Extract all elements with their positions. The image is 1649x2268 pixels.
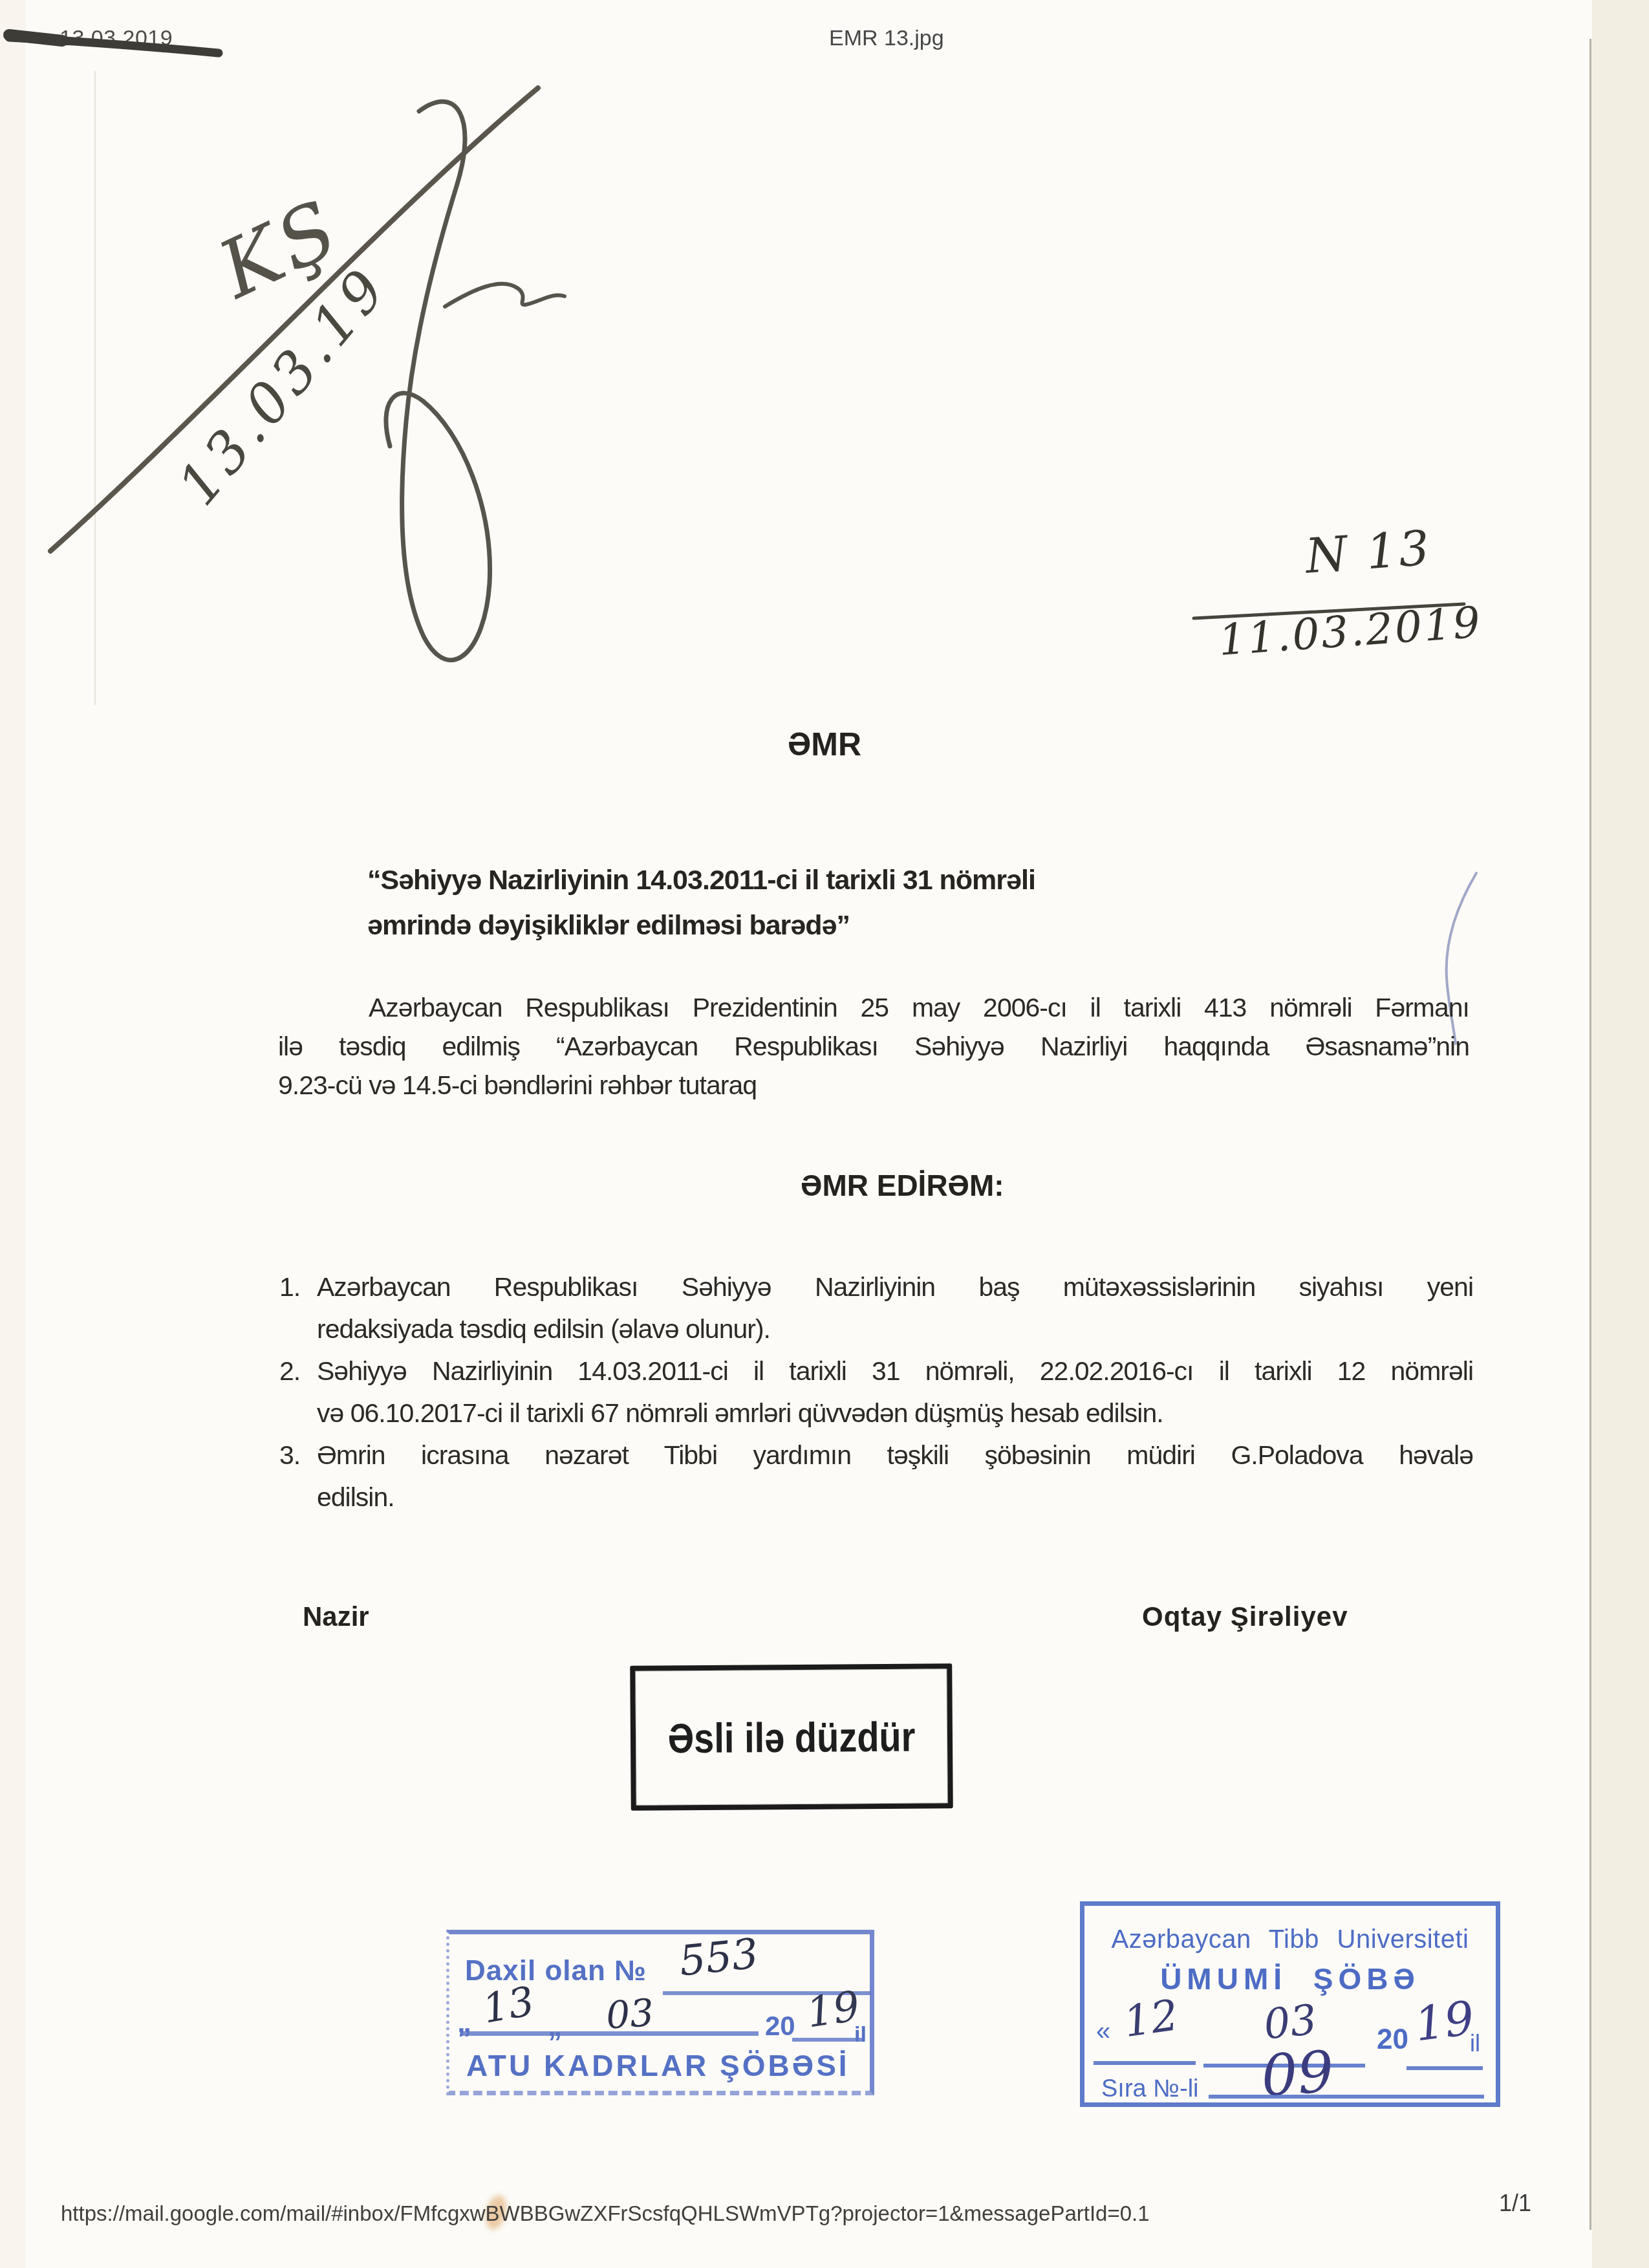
print-page-indicator: 1/1 bbox=[1499, 2190, 1531, 2217]
umumi-underline-day bbox=[1094, 2061, 1196, 2065]
signer-title: Nazir bbox=[303, 1601, 369, 1632]
kadrlar-year-prefix: 20 bbox=[765, 2011, 795, 2042]
order-title: ƏMR bbox=[744, 726, 905, 763]
item-3-line-1: Əmrin icrasına nəzarət Tibbi yardımın tə… bbox=[317, 1434, 1473, 1476]
item-2-line-1: Səhiyyə Nazirliyinin 14.03.2011-ci il ta… bbox=[317, 1350, 1473, 1392]
certify-stamp: Əsli ilə düzdür bbox=[630, 1663, 953, 1810]
signature-stroke-tail bbox=[445, 284, 565, 307]
order-item-1: 1. Azərbaycan Respublikası Səhiyyə Nazir… bbox=[279, 1266, 1473, 1350]
umumi-org: Azərbaycan Tibb Universiteti bbox=[1084, 1925, 1496, 1954]
signature-stroke-main bbox=[386, 102, 490, 660]
kadrlar-received-label: Daxil olan № bbox=[465, 1955, 647, 1987]
umumi-underline-serial bbox=[1209, 2095, 1484, 2099]
item-3-line-2: edilsin. bbox=[317, 1476, 1473, 1518]
item-1-number: 1. bbox=[279, 1266, 317, 1308]
scan-left-crease bbox=[94, 71, 96, 705]
kadrlar-underline-year bbox=[792, 2038, 863, 2042]
signer-name: Oqtay Şirəliyev bbox=[1142, 1601, 1348, 1632]
umumi-year-prefix: 20 bbox=[1377, 2024, 1408, 2056]
print-footer-url: https://mail.google.com/mail/#inbox/FMfc… bbox=[61, 2201, 1150, 2226]
umumi-year-handwritten: 19 bbox=[1412, 1991, 1477, 2052]
umumi-quote: « bbox=[1096, 2017, 1110, 2046]
umumi-underline-year bbox=[1406, 2066, 1483, 2070]
attachment-filename: EMR 13.jpg bbox=[829, 26, 944, 51]
item-1-line-2: redaksiyada təsdiq edilsin (əlavə olunur… bbox=[317, 1308, 1473, 1350]
umumi-serial-number: 09 bbox=[1259, 2038, 1336, 2110]
item-3-text: Əmrin icrasına nəzarət Tibbi yardımın tə… bbox=[317, 1434, 1473, 1518]
item-2-number: 2. bbox=[279, 1350, 317, 1392]
certify-stamp-text: Əsli ilə düzdür bbox=[667, 1712, 915, 1762]
scan-edge-strip bbox=[1592, 0, 1649, 2268]
item-3-number: 3. bbox=[279, 1434, 317, 1476]
kadrlar-year-suffix: il bbox=[854, 2022, 867, 2047]
scan-left-strip bbox=[0, 0, 26, 2268]
preamble-line-2: ilə təsdiq edilmiş “Azərbaycan Respublik… bbox=[278, 1027, 1469, 1066]
order-item-3: 3. Əmrin icrasına nəzarət Tibbi yardımın… bbox=[279, 1434, 1473, 1518]
kadrlar-underline-date bbox=[460, 2031, 759, 2036]
kadrlar-received-number: 553 bbox=[677, 1930, 760, 1985]
order-item-2: 2. Səhiyyə Nazirliyinin 14.03.2011-ci il… bbox=[279, 1350, 1473, 1434]
order-items: 1. Azərbaycan Respublikası Səhiyyə Nazir… bbox=[279, 1266, 1473, 1518]
order-subject: “Səhiyyə Nazirliyinin 14.03.2011-ci il t… bbox=[367, 858, 1273, 948]
umumi-dept: ÜMUMİ ŞÖBƏ bbox=[1084, 1961, 1496, 1996]
print-corner-date: 13.03.2019 bbox=[59, 26, 173, 51]
preamble-line-1: Azərbaycan Respublikası Prezidentinin 25… bbox=[278, 988, 1469, 1027]
diagonal-pen-line bbox=[50, 88, 538, 551]
item-2-line-2: və 06.10.2017-ci il tarixli 67 nömrəli ə… bbox=[317, 1392, 1473, 1434]
handwritten-order-date: 11.03.2019 bbox=[1217, 598, 1483, 665]
kadrlar-month: 03 bbox=[605, 1991, 655, 2038]
umumi-serial-label: Sıra №-li bbox=[1101, 2075, 1199, 2103]
order-preamble: Azərbaycan Respublikası Prezidentinin 25… bbox=[278, 988, 1469, 1105]
item-2-text: Səhiyyə Nazirliyinin 14.03.2011-ci il ta… bbox=[317, 1350, 1473, 1434]
scan-edge-line bbox=[1590, 39, 1591, 2230]
kadrlar-quote-right: „ bbox=[548, 2011, 562, 2043]
decree-heading: ƏMR EDİRƏM: bbox=[801, 1168, 1004, 1203]
umumi-year-suffix: il bbox=[1470, 2030, 1480, 2057]
preamble-line-3: 9.23-cü və 14.5-ci bəndlərini rəhbər tut… bbox=[278, 1066, 1469, 1105]
umumi-stamp: Azərbaycan Tibb Universiteti ÜMUMİ ŞÖBƏ … bbox=[1080, 1901, 1500, 2107]
subject-line-1: “Səhiyyə Nazirliyinin 14.03.2011-ci il t… bbox=[367, 858, 1273, 903]
kadrlar-day: 13 bbox=[479, 1977, 537, 2033]
kadrlar-stamp: Daxil olan № 553 „ 13 „ 03 20 19 il ATU … bbox=[446, 1930, 874, 2095]
item-1-text: Azərbaycan Respublikası Səhiyyə Nazirliy… bbox=[317, 1266, 1473, 1350]
subject-line-2: əmrində dəyişikliklər edilməsi barədə” bbox=[367, 903, 1273, 948]
kadrlar-dept: ATU KADRLAR ŞÖBƏSİ bbox=[466, 2048, 850, 2083]
item-1-line-1: Azərbaycan Respublikası Səhiyyə Nazirliy… bbox=[317, 1266, 1473, 1308]
umumi-day: 12 bbox=[1121, 1990, 1181, 2047]
handwritten-order-number: N 13 bbox=[1304, 520, 1433, 584]
